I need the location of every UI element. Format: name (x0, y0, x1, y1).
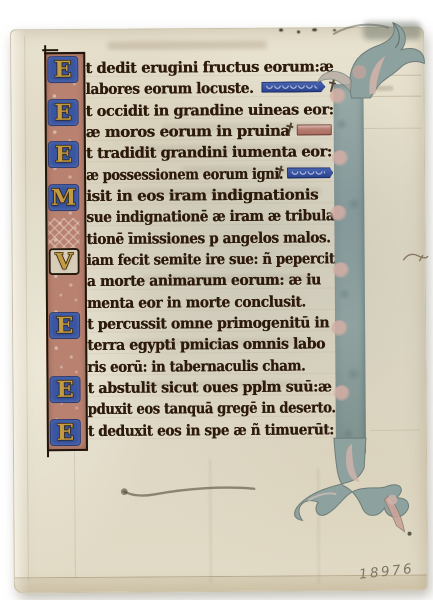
border-pink-medallion (330, 205, 347, 221)
line-filler-ornament-blue (287, 167, 333, 178)
text-line-content: iam fecit semite ire sue: ñ pepercit (87, 248, 335, 271)
acanthus-scroll-bottom-icon (268, 438, 415, 539)
illuminated-initial-E: E (48, 141, 79, 168)
ink-smudge-stroke (118, 475, 258, 502)
acanthus-scroll-top-icon (293, 20, 420, 99)
margin-rule-bottom-1 (370, 430, 420, 431)
manuscript-text-line: terra egypti pmicias omnis labo (87, 333, 333, 356)
initial-letter-glyph: M (51, 186, 77, 208)
manuscript-text-line: æ moros eorum in pruina (86, 121, 284, 143)
text-line-content: labores eorum locuste. (85, 77, 253, 100)
text-line-content: a morte animarum eorum: æ iu (87, 269, 321, 292)
text-line-content: æ possessionem eorum igni. (86, 163, 283, 186)
text-line-content: tionē īmissiones p angelos malos. (86, 227, 330, 250)
pen-tick-mark (287, 122, 292, 135)
text-line-content: t tradidit grandini iumenta eor: (86, 141, 332, 164)
initial-letter-glyph: E (56, 314, 74, 336)
text-line-content: terra egypti pmicias omnis labo (87, 333, 325, 356)
manuscript-text-line: labores eorum locuste. (85, 78, 262, 100)
manuscript-text-line: menta eor in morte conclusit. (87, 291, 317, 314)
text-line-content: t percussit omne primogenitū in (87, 312, 329, 335)
illuminated-initial-V: V (49, 248, 80, 275)
filigree-lattice-panel (48, 218, 79, 248)
border-pink-medallion (334, 385, 351, 401)
initial-letter-glyph: E (55, 143, 73, 165)
text-line-content: pduxit eos tanquā gregē in deserto. (88, 397, 336, 420)
photo-backdrop: EEEMVEEE t dedit erugini fructus eorum:æ… (0, 0, 433, 600)
manuscript-text-line: ris eorū: in tabernaculis cham. (87, 355, 325, 378)
manuscript-text-line: isit in eos iram indignationis (86, 184, 309, 207)
initial-letter-glyph: E (56, 378, 74, 400)
manuscript-text-line: æ possessionem eorum igni. (86, 163, 306, 186)
margin-rule-vertical-inner (74, 448, 76, 578)
initial-letter-glyph: E (57, 421, 75, 443)
border-pink-medallion (331, 320, 348, 336)
manuscript-text-line: tionē īmissiones p angelos malos. (86, 227, 346, 250)
margin-rule-top-3 (364, 128, 422, 129)
line-filler-ornament-pink (297, 124, 332, 135)
manuscript-text-line: t occidit in grandine uineas eor: (86, 99, 335, 122)
manuscript-leaf: EEEMVEEE t dedit erugini fructus eorum:æ… (10, 27, 428, 594)
text-line-content: sue indignationē æ iram æ tribula (86, 205, 334, 228)
text-line-content: t occidit in grandine uineas eor: (86, 99, 334, 122)
latin-text-block: t dedit erugini fructus eorum:ælabores e… (85, 56, 338, 448)
text-line-content: æ moros eorum in pruina (86, 120, 290, 143)
manuscript-text-line: t tradidit grandini iumenta eor: (86, 141, 331, 164)
manuscript-text-line: iam fecit semite ire sue: ñ pepercit (87, 248, 358, 271)
initial-letter-glyph: E (54, 101, 72, 123)
illuminated-initial-E: E (48, 99, 79, 126)
ink-speck (279, 29, 283, 32)
border-pink-medallion (332, 150, 349, 166)
margin-pen-flourish (403, 252, 429, 264)
manuscript-text-line: sue indignationē æ iram æ tribula (86, 205, 351, 228)
text-line-content: menta eor in morte conclusit. (87, 291, 306, 314)
text-line-content: t abstulit sicut oues pplm suū:æ (87, 376, 331, 399)
manuscript-text-line: t percussit omne primogenitū in (87, 312, 338, 335)
initial-letter-glyph: V (55, 250, 73, 272)
text-line-content: isit in eos iram indignationis (86, 184, 318, 207)
manuscript-text-line: t abstulit sicut oues pplm suū:æ (87, 376, 336, 399)
illuminated-initial-E: E (49, 312, 80, 339)
border-pink-medallion (333, 262, 350, 278)
ink-offset-smudge-top (107, 41, 267, 50)
illuminated-initial-M: M (48, 184, 79, 211)
manuscript-text-line: a morte animarum eorum: æ iu (87, 269, 331, 292)
illuminated-initial-E: E (49, 376, 80, 403)
illuminated-initial-E: E (47, 56, 78, 83)
text-line-content: ris eorū: in tabernaculis cham. (87, 355, 305, 378)
manuscript-text-line: pduxit eos tanquā gregē in deserto. (88, 397, 363, 420)
illuminated-initial-E: E (50, 419, 81, 446)
leaf-bottom-fold (15, 575, 427, 593)
initial-letter-glyph: E (54, 58, 72, 80)
